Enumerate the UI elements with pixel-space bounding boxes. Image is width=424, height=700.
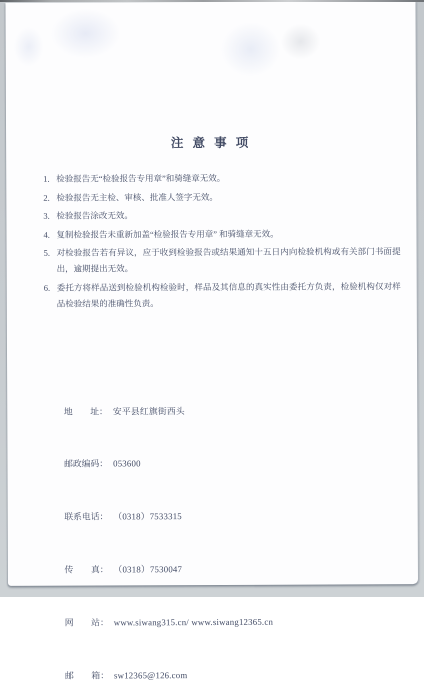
page-title: 注 意 事 项 [6, 132, 416, 152]
contact-value-website: www.siwang315.cn/ www.siwang12365.cn [114, 616, 273, 627]
scan-top-edge [0, 0, 424, 2]
contact-row-website: 网 站：www.siwang315.cn/ www.siwang12365.cn [47, 596, 273, 650]
scan-smudge [221, 22, 281, 77]
scanned-document-page: 注 意 事 项 1. 检验报告无“检验报告专用章”和骑缝章无效。 2. 检验报告… [5, 1, 418, 586]
contact-value-phone: （0318）7533315 [113, 511, 182, 521]
contact-value-address: 安平县红旗街西头 [113, 406, 185, 416]
contact-value-fax: （0318）7530047 [114, 564, 183, 574]
contact-label: 联系电话： [64, 509, 108, 527]
contact-label: 传 真： [65, 561, 109, 579]
notice-item-6: 6. 委托方将样品送到检验机构检验时，样品及其信息的真实性由委托方负责，检验机构… [44, 278, 401, 312]
notice-item-number: 5. [44, 245, 57, 277]
notice-item-1: 1. 检验报告无“检验报告专用章”和骑缝章无效。 [43, 169, 400, 187]
scan-smudge [51, 8, 121, 58]
notice-item-number: 1. [43, 171, 56, 187]
notice-item-3: 3. 检验报告涂改无效。 [43, 206, 400, 224]
notice-item-text: 复制检验报告未重新加盖“检验报告专用章” 和骑缝章无效。 [56, 225, 400, 243]
contact-row-phone: 联系电话：（0318）7533315 [47, 490, 273, 544]
contact-label: 邮 箱： [65, 667, 109, 685]
notice-item-text: 委托方将样品送到检验机构检验时，样品及其信息的真实性由委托方负责，检验机构仅对样… [57, 278, 401, 312]
contact-value-postcode: 053600 [113, 459, 141, 469]
contact-row-address: 地 址：安平县红旗街西头 [46, 385, 272, 439]
scan-smudge [281, 24, 321, 60]
notice-item-number: 4. [43, 226, 56, 242]
notice-item-text: 对检验报告若有异议，应于收到检验报告或结果通知十五日内向检验机构或有关部门书面提… [57, 243, 401, 277]
notice-item-text: 检验报告无“检验报告专用章”和骑缝章无效。 [56, 169, 400, 187]
notice-item-2: 2. 检验报告无主检、审核、批准人签字无效。 [43, 188, 400, 206]
notice-item-number: 2. [43, 189, 56, 205]
notice-item-text: 检验报告涂改无效。 [56, 206, 400, 224]
notice-item-number: 3. [43, 208, 56, 224]
contact-label: 邮政编码： [64, 456, 108, 474]
scan-smudge [14, 27, 44, 67]
notice-item-5: 5. 对检验报告若有异议，应于收到检验报告或结果通知十五日内向检验机构或有关部门… [44, 243, 401, 277]
notice-list: 1. 检验报告无“检验报告专用章”和骑缝章无效。 2. 检验报告无主检、审核、批… [43, 169, 401, 314]
contact-label: 网 站： [65, 614, 109, 632]
contact-value-email: sw12365@126.com [114, 670, 187, 680]
contact-info-block: 地 址：安平县红旗街西头 邮政编码：053600 联系电话：（0318）7533… [46, 385, 273, 700]
contact-row-postcode: 邮政编码：053600 [46, 438, 272, 492]
notice-item-text: 检验报告无主检、审核、批准人签字无效。 [56, 188, 400, 206]
notice-item-4: 4. 复制检验报告未重新加盖“检验报告专用章” 和骑缝章无效。 [43, 225, 400, 243]
contact-row-fax: 传 真：（0318）7530047 [47, 543, 273, 597]
scan-canvas: 注 意 事 项 1. 检验报告无“检验报告专用章”和骑缝章无效。 2. 检验报告… [0, 0, 424, 700]
contact-label: 地 址： [64, 403, 108, 421]
notice-item-number: 6. [44, 279, 57, 311]
contact-row-email: 邮 箱：sw12365@126.com [47, 649, 273, 700]
